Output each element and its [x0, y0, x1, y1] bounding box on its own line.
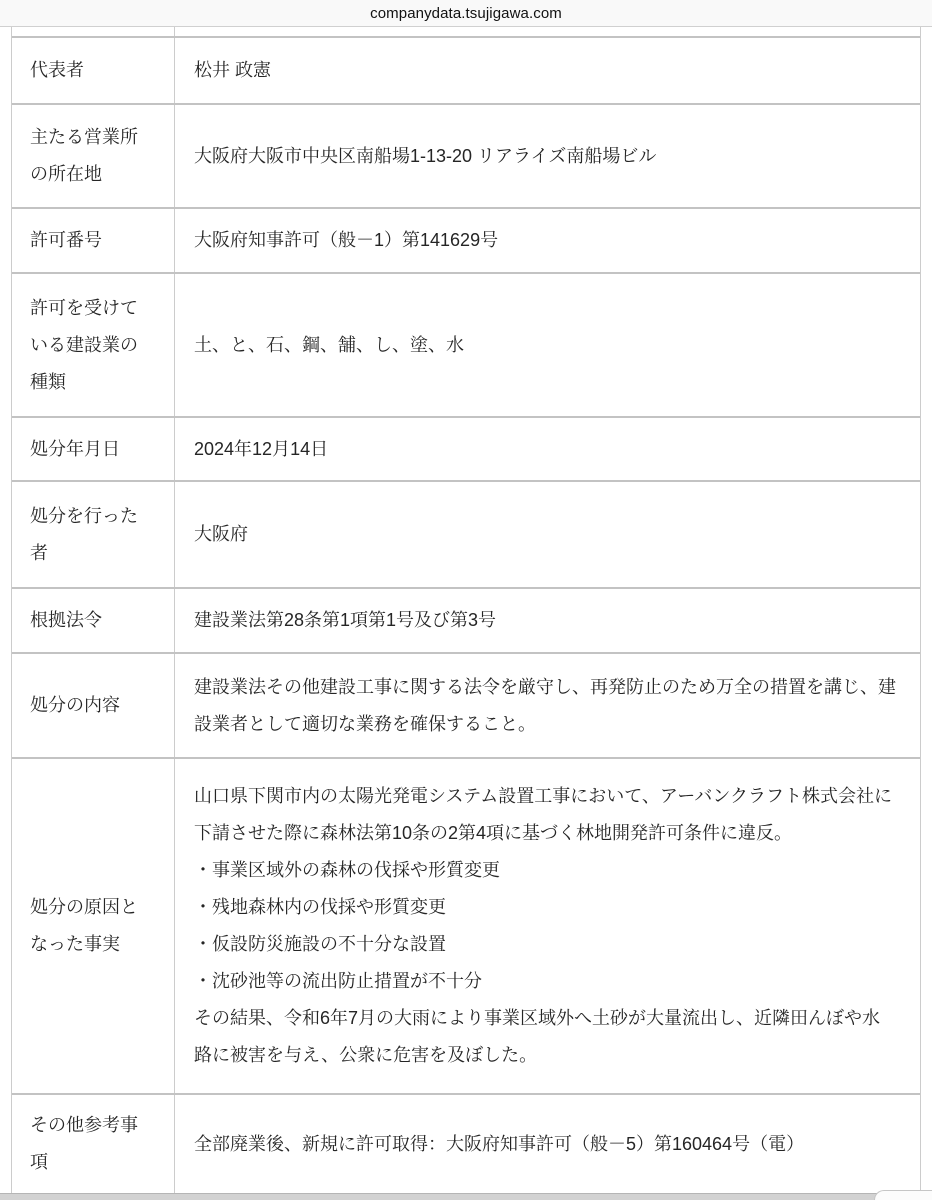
table-row: 処分の原因となった事実山口県下関市内の太陽光発電システム設置工事において、アーバ…: [12, 757, 920, 1093]
row-label: 処分年月日: [12, 418, 175, 480]
url-text: companydata.tsujigawa.com: [370, 5, 562, 22]
row-label: [12, 27, 175, 36]
browser-url-bar[interactable]: companydata.tsujigawa.com: [0, 0, 932, 27]
row-label: 処分の内容: [12, 654, 175, 757]
bottom-strip: [0, 1193, 932, 1200]
browser-window: companydata.tsujigawa.com 代表者松井 政憲主たる営業所…: [0, 0, 932, 1200]
row-label: 主たる営業所の所在地: [12, 105, 175, 207]
row-value: 松井 政憲: [175, 38, 920, 103]
row-label: 根拠法令: [12, 589, 175, 652]
disposition-table: 代表者松井 政憲主たる営業所の所在地大阪府大阪市中央区南船場1-13-20 リア…: [11, 27, 921, 1193]
row-value: 大阪府知事許可（般－1）第141629号: [175, 209, 920, 272]
row-value: 全部廃業後、新規に許可取得：大阪府知事許可（般－5）第160464号（電）: [175, 1095, 920, 1193]
table-row: 主たる営業所の所在地大阪府大阪市中央区南船場1-13-20 リアライズ南船場ビル: [12, 103, 920, 207]
table-row: 処分の内容建設業法その他建設工事に関する法令を厳守し、再発防止のため万全の措置を…: [12, 652, 920, 757]
value-line: 建設業法その他建設工事に関する法令を厳守し、再発防止のため万全の措置を講じ、建設…: [194, 669, 896, 743]
value-line: ・沈砂池等の流出防止措置が不十分: [194, 963, 896, 1000]
row-value: [175, 27, 920, 36]
table-row: 代表者松井 政憲: [12, 36, 920, 103]
row-value: 建設業法その他建設工事に関する法令を厳守し、再発防止のため万全の措置を講じ、建設…: [175, 654, 920, 757]
table-row: 処分年月日2024年12月14日: [12, 416, 920, 480]
value-line: 大阪府大阪市中央区南船場1-13-20 リアライズ南船場ビル: [194, 138, 896, 175]
table-row: [12, 27, 920, 36]
row-label: 許可を受けている建設業の種類: [12, 274, 175, 416]
row-value: 大阪府: [175, 482, 920, 587]
row-label: 許可番号: [12, 209, 175, 272]
value-line: ・残地森林内の伐採や形質変更: [194, 889, 896, 926]
row-value: 大阪府大阪市中央区南船場1-13-20 リアライズ南船場ビル: [175, 105, 920, 207]
value-line: 全部廃業後、新規に許可取得：大阪府知事許可（般－5）第160464号（電）: [194, 1126, 896, 1163]
row-value: 2024年12月14日: [175, 418, 920, 480]
row-value: 土、と、石、鋼、舗、し、塗、水: [175, 274, 920, 416]
table-row: 許可を受けている建設業の種類土、と、石、鋼、舗、し、塗、水: [12, 272, 920, 416]
table-row: その他参考事項全部廃業後、新規に許可取得：大阪府知事許可（般－5）第160464…: [12, 1093, 920, 1193]
value-line: 2024年12月14日: [194, 431, 896, 468]
row-label: 処分の原因となった事実: [12, 759, 175, 1093]
table-row: 根拠法令建設業法第28条第1項第1号及び第3号: [12, 587, 920, 652]
row-label: その他参考事項: [12, 1095, 175, 1193]
value-line: その結果、令和6年7月の大雨により事業区域外へ土砂が大量流出し、近隣田んぼや水路…: [194, 1000, 896, 1074]
value-line: 大阪府: [194, 516, 896, 553]
row-label: 処分を行った者: [12, 482, 175, 587]
value-line: 建設業法第28条第1項第1号及び第3号: [194, 602, 896, 639]
row-value: 建設業法第28条第1項第1号及び第3号: [175, 589, 920, 652]
value-line: ・仮設防災施設の不十分な設置: [194, 926, 896, 963]
table-row: 許可番号大阪府知事許可（般－1）第141629号: [12, 207, 920, 272]
value-line: 土、と、石、鋼、舗、し、塗、水: [194, 327, 896, 364]
value-line: ・事業区域外の森林の伐採や形質変更: [194, 852, 896, 889]
value-line: 松井 政憲: [194, 52, 896, 89]
row-label: 代表者: [12, 38, 175, 103]
value-line: 山口県下関市内の太陽光発電システム設置工事において、アーバンクラフト株式会社に下…: [194, 778, 896, 852]
value-line: 大阪府知事許可（般－1）第141629号: [194, 222, 896, 259]
row-value: 山口県下関市内の太陽光発電システム設置工事において、アーバンクラフト株式会社に下…: [175, 759, 920, 1093]
table-row: 処分を行った者大阪府: [12, 480, 920, 587]
bottom-right-corner: [874, 1190, 932, 1200]
